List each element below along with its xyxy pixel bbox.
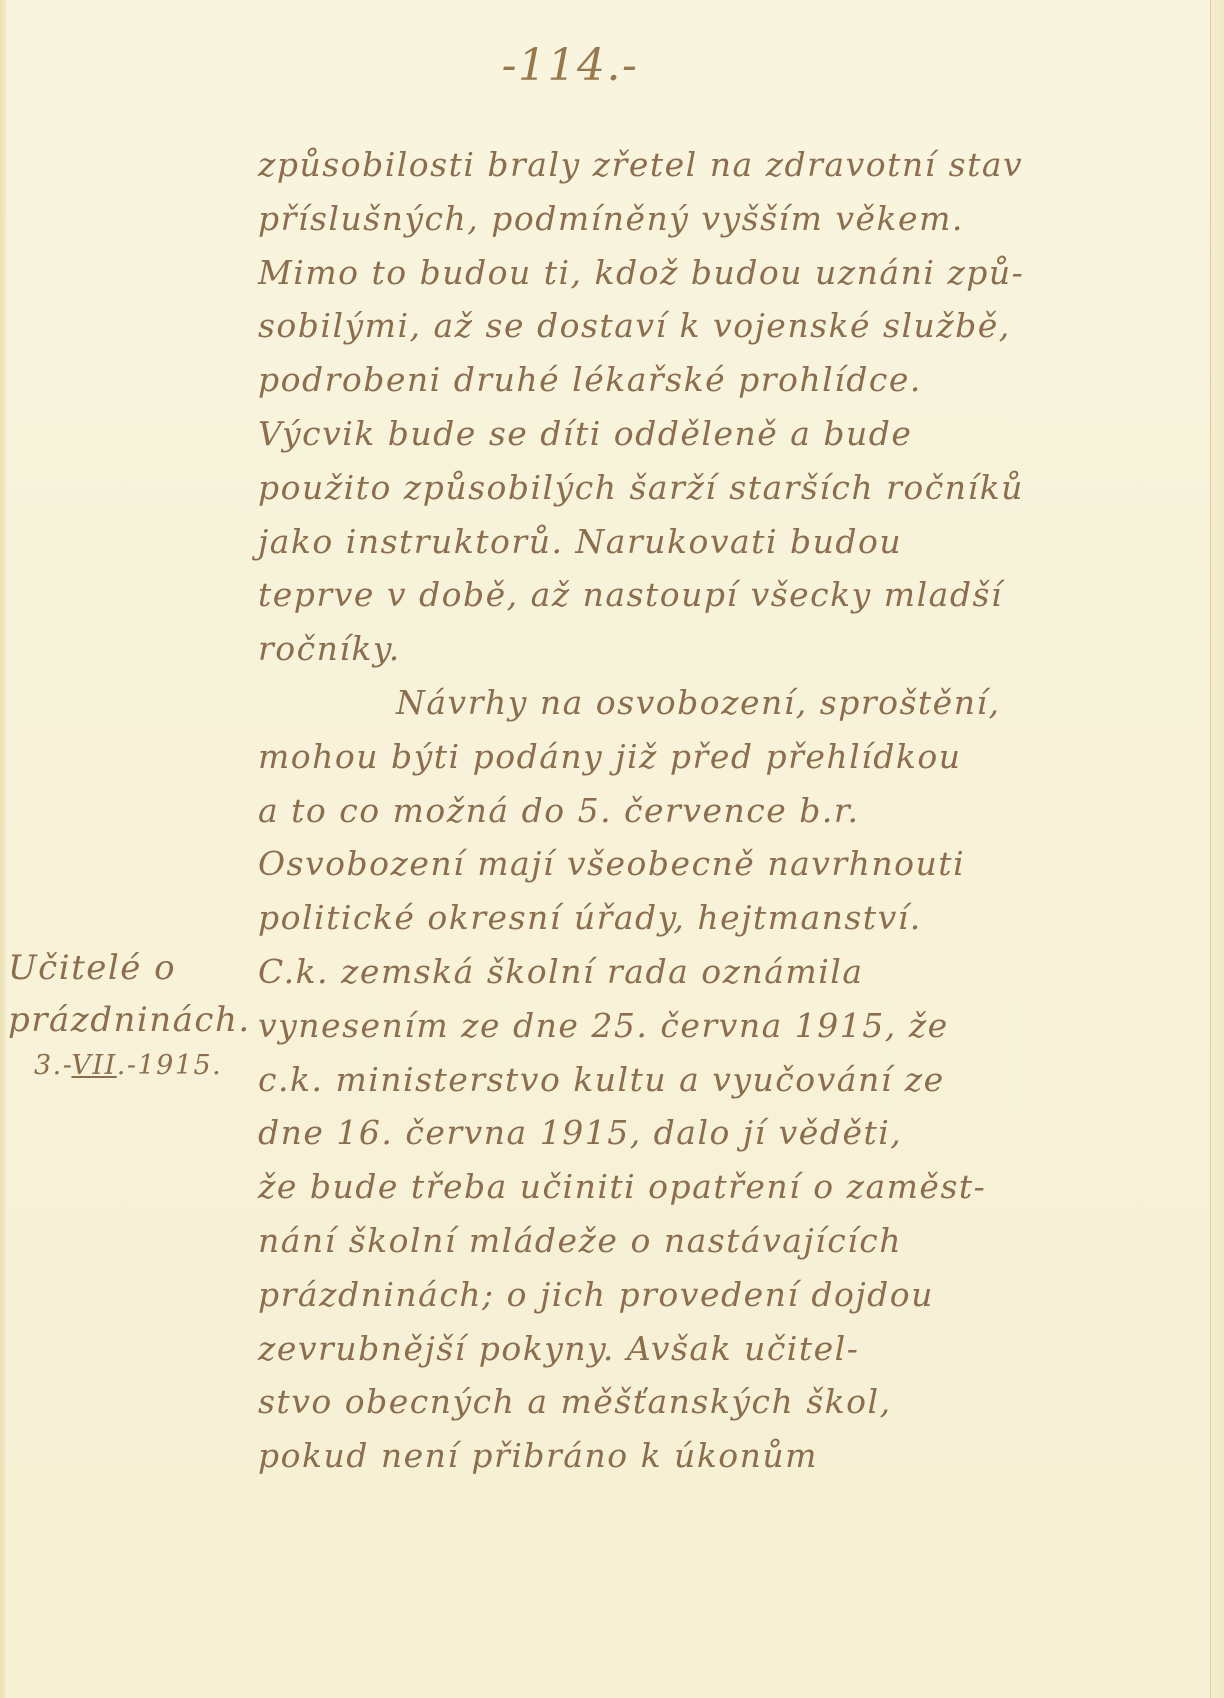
manuscript-line: teprve v době, až nastoupí všecky mladší <box>258 568 1138 622</box>
margin-note-line1: Učitelé o <box>8 942 258 994</box>
margin-note-date: 3.-VII.-1915. <box>8 1046 258 1086</box>
manuscript-line: a to co možná do 5. července b.r. <box>258 784 1138 838</box>
manuscript-line: dne 16. června 1915, dalo jí věděti, <box>258 1106 1138 1160</box>
manuscript-line: sobilými, až se dostaví k vojenské služb… <box>258 299 1138 353</box>
margin-note-date-day: 3.- <box>34 1050 71 1081</box>
manuscript-line: ročníky. <box>258 622 1138 676</box>
manuscript-line: Mimo to budou ti, kdož budou uznáni způ- <box>258 246 1138 300</box>
manuscript-line: nání školní mládeže o nastávajících <box>258 1214 1138 1268</box>
manuscript-line: zevrubnější pokyny. Avšak učitel- <box>258 1322 1138 1376</box>
manuscript-line: prázdninách; o jich provedení dojdou <box>258 1268 1138 1322</box>
page-right-edge <box>1211 0 1224 1698</box>
manuscript-line: Osvobození mají všeobecně navrhnouti <box>258 837 1138 891</box>
manuscript-line: Návrhy na osvobození, sproštění, <box>258 676 1138 730</box>
manuscript-line: mohou býti podány již před přehlídkou <box>258 730 1138 784</box>
manuscript-line: příslušných, podmíněný vyšším věkem. <box>258 192 1138 246</box>
margin-note-date-year: .-1915. <box>117 1050 223 1081</box>
manuscript-line: použito způsobilých šarží starších roční… <box>258 461 1138 515</box>
manuscript-line: pokud není přibráno k úkonům <box>258 1429 1138 1483</box>
manuscript-text: způsobilosti braly zřetel na zdravotní s… <box>258 138 1138 1483</box>
page-number: -114.- <box>400 40 740 91</box>
manuscript-line: Výcvik bude se díti odděleně a bude <box>258 407 1138 461</box>
margin-note-date-month-roman: VII <box>71 1050 116 1081</box>
manuscript-line: vynesením ze dne 25. června 1915, že <box>258 999 1138 1053</box>
manuscript-line: c.k. ministerstvo kultu a vyučování ze <box>258 1053 1138 1107</box>
manuscript-line: C.k. zemská školní rada oznámila <box>258 945 1138 999</box>
manuscript-line: stvo obecných a měšťanských škol, <box>258 1375 1138 1429</box>
margin-note-line2: prázdninách. <box>8 994 258 1046</box>
manuscript-line: že bude třeba učiniti opatření o zaměst- <box>258 1160 1138 1214</box>
page-left-edge <box>0 0 7 1698</box>
manuscript-line: jako instruktorů. Narukovati budou <box>258 515 1138 569</box>
margin-note: Učitelé o prázdninách. 3.-VII.-1915. <box>8 942 258 1086</box>
manuscript-line: podrobeni druhé lékařské prohlídce. <box>258 353 1138 407</box>
manuscript-line: politické okresní úřady, hejtmanství. <box>258 891 1138 945</box>
manuscript-line: způsobilosti braly zřetel na zdravotní s… <box>258 138 1138 192</box>
